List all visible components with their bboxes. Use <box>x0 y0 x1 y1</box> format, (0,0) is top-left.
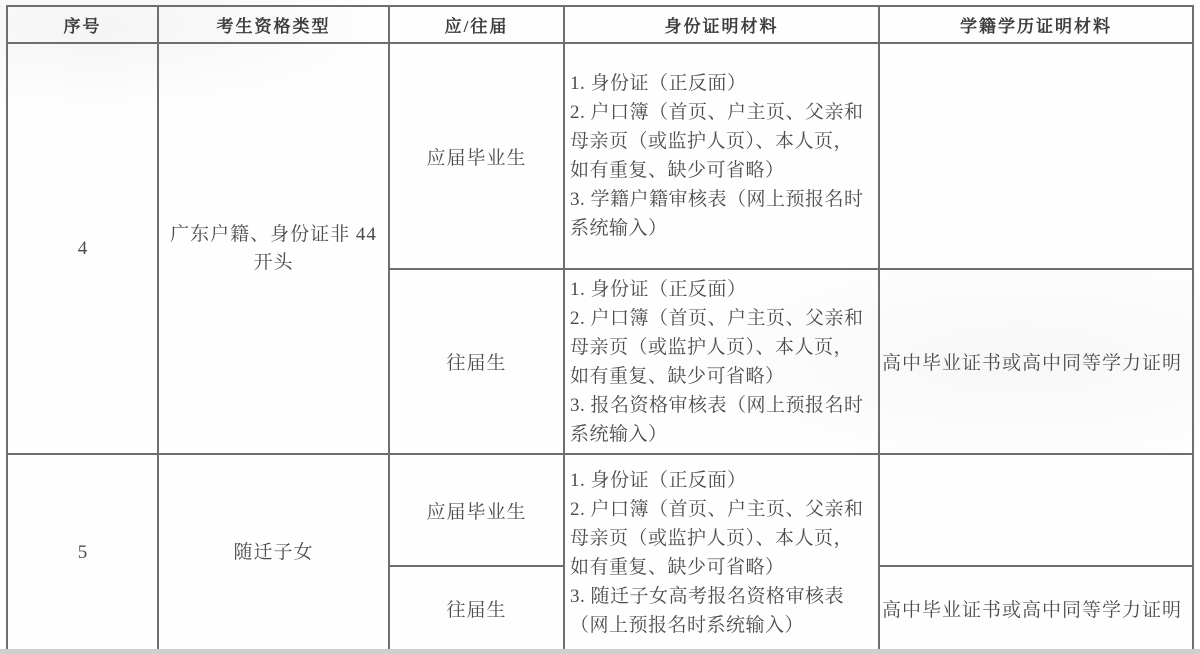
header-cohort: 应/往届 <box>390 7 565 44</box>
row5-cohort-current-cell: 应届毕业生 <box>390 455 565 567</box>
row5-academic-materials-current-cell <box>880 455 1192 567</box>
row4-cohort-current-cell: 应届毕业生 <box>390 44 565 270</box>
row4-academic-materials-previous-text: 高中毕业证书或高中同等学力证明 <box>880 348 1183 375</box>
row5-cohort-previous-cell: 往届生 <box>390 567 565 650</box>
row4-identity-materials-previous-cell: 1. 身份证（正反面） 2. 户口簿（首页、户主页、父亲和 母亲页（或监护人页）… <box>565 270 880 455</box>
row4-identity-materials-current-cell: 1. 身份证（正反面） 2. 户口簿（首页、户主页、父亲和 母亲页（或监护人页）… <box>565 44 880 270</box>
row4-academic-materials-current-cell <box>880 44 1192 270</box>
row4-category-cell: 广东户籍、身份证非 44 开头 <box>159 44 390 455</box>
scanned-document-page: 序号 考生资格类型 应/往届 身份证明材料 学籍学历证明材料 4 广东户籍、身份… <box>0 0 1200 654</box>
row5-seq-cell: 5 <box>8 455 159 650</box>
row5-academic-materials-previous-cell: 高中毕业证书或高中同等学力证明 <box>880 567 1192 650</box>
row5-category-cell: 随迁子女 <box>159 455 390 650</box>
row4-identity-materials-previous-text: 1. 身份证（正反面） 2. 户口簿（首页、户主页、父亲和 母亲页（或监护人页）… <box>565 275 866 449</box>
row4-seq-cell: 4 <box>8 44 159 455</box>
row4-identity-materials-current-text: 1. 身份证（正反面） 2. 户口簿（首页、户主页、父亲和 母亲页（或监护人页）… <box>565 69 866 243</box>
row5-academic-materials-previous-text: 高中毕业证书或高中同等学力证明 <box>880 595 1183 622</box>
row5-identity-materials-merged-text: 1. 身份证（正反面） 2. 户口簿（首页、户主页、父亲和 母亲页（或监护人页）… <box>565 466 866 640</box>
header-academic-materials: 学籍学历证明材料 <box>880 7 1192 44</box>
row4-academic-materials-previous-cell: 高中毕业证书或高中同等学力证明 <box>880 270 1192 455</box>
header-category: 考生资格类型 <box>159 7 390 44</box>
scan-edge-strip <box>0 649 1200 654</box>
qualification-materials-table: 序号 考生资格类型 应/往届 身份证明材料 学籍学历证明材料 4 广东户籍、身份… <box>6 5 1194 652</box>
row4-cohort-previous-cell: 往届生 <box>390 270 565 455</box>
header-identity-materials: 身份证明材料 <box>565 7 880 44</box>
header-seq: 序号 <box>8 7 159 44</box>
row5-identity-materials-merged-cell: 1. 身份证（正反面） 2. 户口簿（首页、户主页、父亲和 母亲页（或监护人页）… <box>565 455 880 650</box>
